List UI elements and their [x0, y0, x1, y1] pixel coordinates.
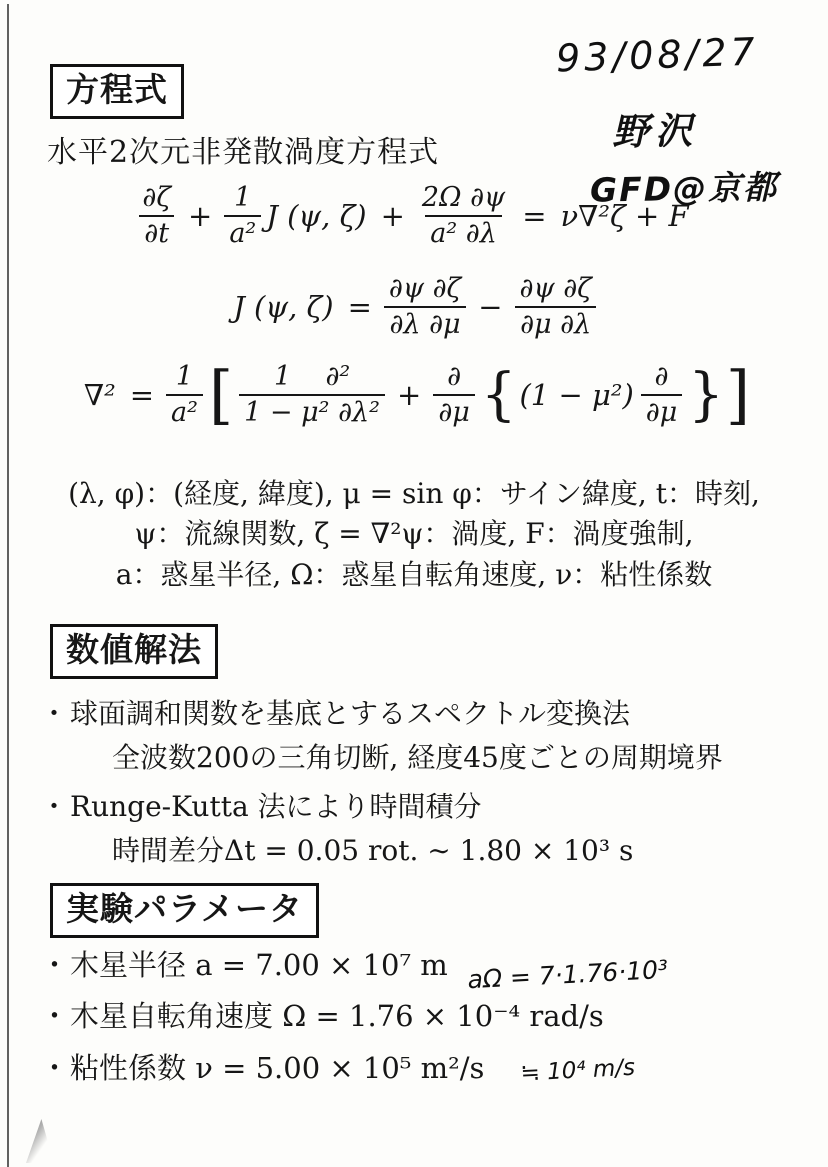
handwritten-author-name: 野沢 [612, 100, 699, 155]
list-item: ・ 木星自転角速度 Ω = 1.76 × 10⁻⁴ rad/s [40, 997, 800, 1035]
bullet-marker: ・ [40, 946, 70, 984]
bullet-marker: ・ [40, 997, 70, 1035]
list-item-detail: 時間差分Δt = 0.05 rot. ∼ 1.80 × 10³ s [40, 833, 800, 870]
definition-line-1: (λ, φ)：(経度, 緯度), μ = sin φ：サイン緯度, t：時刻, [0, 474, 828, 514]
list-item-text: Runge-Kutta 法により時間積分 [70, 789, 482, 826]
frac-d-dmu: ∂ ∂μ [433, 360, 475, 431]
equation-subtitle: 水平2次元非発散渦度方程式 [47, 127, 439, 171]
handwritten-date: 93/08/27 [555, 29, 759, 80]
section-heading-experiment-parameters: 実験パラメータ [50, 883, 319, 938]
plus-op: + [188, 199, 212, 233]
definition-line-2: ψ：流線関数, ζ = ∇²ψ：渦度, F：渦度強制, [0, 514, 828, 554]
frac-dzeta-dt: ∂ζ ∂t [137, 181, 176, 252]
plus-op: + [397, 378, 421, 412]
laplacian-definition-equation: ∇² = 1 a² [ 1 ∂² 1 − μ² ∂λ² + ∂ ∂μ { (1 … [0, 360, 828, 431]
experiment-parameter-list: ・ 木星半径 a = 7.00 × 10⁷ m ・ 木星自転角速度 Ω = 1.… [40, 946, 800, 1100]
scanned-note-page: 93/08/27 野沢 GFD@京都 方程式 水平2次元非発散渦度方程式 ∂ζ … [0, 0, 828, 1167]
equals-op: = [348, 290, 372, 324]
jacobian-definition-equation: J (ψ, ζ) = ∂ψ ∂ζ ∂λ ∂μ − ∂ψ ∂ζ ∂μ ∂λ [0, 272, 828, 343]
section-heading-equations: 方程式 [50, 64, 184, 119]
symbol-definitions: (λ, φ)：(経度, 緯度), μ = sin φ：サイン緯度, t：時刻, … [0, 474, 828, 595]
laplacian-lhs: ∇² [84, 378, 116, 412]
frac-1-a2: 1 a² [166, 360, 203, 431]
list-item: ・ 粘性係数 ν = 5.00 × 10⁵ m²/s [40, 1049, 800, 1087]
equals-op: = [130, 378, 154, 412]
parameter-radius: 木星半径 a = 7.00 × 10⁷ m [70, 946, 448, 984]
frac-d-dmu-2: ∂ ∂μ [641, 360, 683, 431]
section-heading-numerical-method: 数値解法 [50, 624, 218, 679]
list-item: ・ 木星半径 a = 7.00 × 10⁷ m [40, 946, 800, 984]
parameter-viscosity: 粘性係数 ν = 5.00 × 10⁵ m²/s [70, 1049, 484, 1087]
bullet-marker: ・ [40, 696, 70, 733]
frac-jacobian-2: ∂ψ ∂ζ ∂μ ∂λ [515, 272, 597, 343]
equals-op: = [522, 199, 546, 233]
jacobian-term: J (ψ, ζ) [266, 199, 366, 233]
frac-jacobian-1: ∂ψ ∂ζ ∂λ ∂μ [384, 272, 466, 343]
definition-line-3: a：惑星半径, Ω：惑星自転角速度, ν：粘性係数 [0, 555, 828, 595]
plus-op: + [381, 199, 405, 233]
numerical-method-list: ・ 球面調和関数を基底とするスペクトル変換法 全波数200の三角切断, 経度45… [40, 696, 800, 882]
list-item: ・ Runge-Kutta 法により時間積分 [40, 789, 800, 826]
frac-zonal-term: 1 ∂² 1 − μ² ∂λ² [239, 360, 385, 431]
list-item-detail: 全波数200の三角切断, 経度45度ごとの周期境界 [40, 740, 800, 777]
scan-corner-smudge [26, 1119, 54, 1163]
bullet-marker: ・ [40, 789, 70, 826]
one-minus-mu2-term: (1 − μ²) [519, 378, 633, 412]
list-item-text: 球面調和関数を基底とするスペクトル変換法 [70, 696, 630, 733]
minus-op: − [478, 290, 502, 324]
list-item: ・ 球面調和関数を基底とするスペクトル変換法 [40, 696, 800, 733]
frac-beta-term: 2Ω ∂ψ a² ∂λ [417, 181, 510, 252]
rhs-dissipation-forcing: ν∇²ζ + F [561, 199, 689, 233]
vorticity-equation: ∂ζ ∂t + 1 a² J (ψ, ζ) + 2Ω ∂ψ a² ∂λ = ν∇… [0, 181, 828, 252]
bullet-marker: ・ [40, 1049, 70, 1087]
jacobian-lhs: J (ψ, ζ) [233, 290, 333, 324]
frac-1-a2: 1 a² [224, 181, 261, 252]
parameter-rotation-rate: 木星自転角速度 Ω = 1.76 × 10⁻⁴ rad/s [70, 997, 604, 1035]
